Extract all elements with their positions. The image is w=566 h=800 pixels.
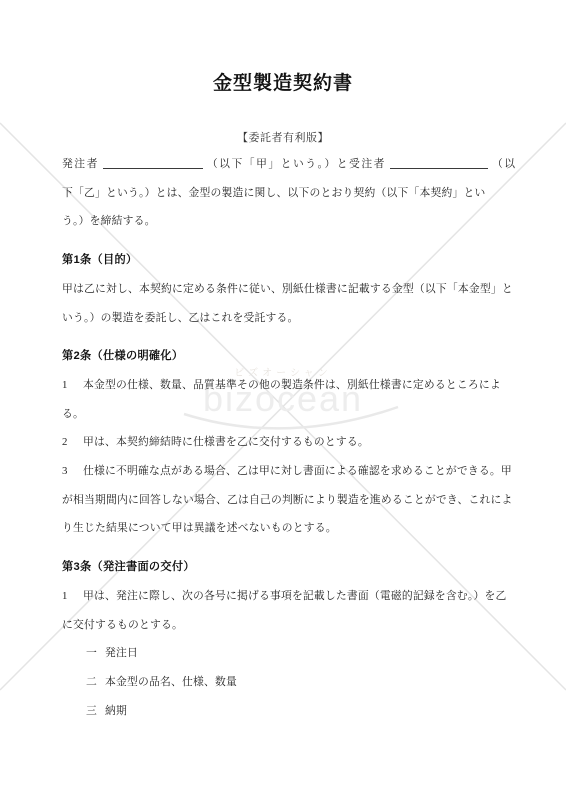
preamble-text: （以下「甲」という。）と受注者 (207, 158, 386, 170)
list-item-number: 三 (86, 697, 97, 726)
list-item-text: 本金型の品名、仕様、数量 (105, 676, 237, 688)
list-item-text: 発注日 (105, 647, 138, 659)
document-body: 金型製造契約書 【委託者有利版】 発注者（以下「甲」という。）と受注者（以下「乙… (0, 0, 566, 725)
articles: 第1条（目的）甲は乙に対し、本契約に定める条件に従い、別紙仕様書に記載する金型（… (62, 246, 504, 725)
paragraph-line: に交付するものとする。 (62, 611, 504, 640)
article-section: 第3条（発注書面の交付）1甲は、発注に際し、次の各号に掲げる事項を記載した書面（… (62, 553, 504, 725)
edition-label: 【委託者有利版】 (62, 131, 504, 145)
preamble-line: 発注者（以下「甲」という。）と受注者（以 (62, 150, 504, 179)
list-item: 二本金型の品名、仕様、数量 (62, 668, 504, 697)
preamble-text: （以 (492, 158, 517, 170)
paragraph-line: 1本金型の仕様、数量、品質基準その他の製造条件は、別紙仕様書に定めるところによ (62, 371, 504, 400)
list-item: 三納期 (62, 697, 504, 726)
article-paragraph: 1本金型の仕様、数量、品質基準その他の製造条件は、別紙仕様書に定めるところによる… (62, 371, 504, 428)
article-paragraph: 3仕様に不明確な点がある場合、乙は甲に対し書面による確認を求めることができる。甲… (62, 457, 504, 543)
paragraph-line: る。 (62, 400, 504, 429)
paragraph-line: 3仕様に不明確な点がある場合、乙は甲に対し書面による確認を求めることができる。甲 (62, 457, 504, 486)
fill-in-blank (390, 156, 488, 169)
document-title: 金型製造契約書 (62, 73, 504, 95)
paragraph-line: 1甲は、発注に際し、次の各号に掲げる事項を記載した書面（電磁的記録を含む。）を乙 (62, 582, 504, 611)
paragraph-number: 1 (62, 371, 83, 400)
contract-page: ビズオーシャン bizocean 金型製造契約書 【委託者有利版】 発注者（以下… (0, 0, 566, 800)
paragraph-line: が相当期間内に回答しない場合、乙は自己の判断により製造を進めることができ、これに… (62, 486, 504, 515)
list-item: 一発注日 (62, 639, 504, 668)
list-item-number: 一 (86, 639, 97, 668)
paragraph-number: 2 (62, 428, 83, 457)
fill-in-blank (103, 156, 203, 169)
paragraph-number: 1 (62, 582, 83, 611)
article-heading: 第1条（目的） (62, 246, 504, 275)
paragraph-number: 3 (62, 457, 83, 486)
preamble: 発注者（以下「甲」という。）と受注者（以下「乙」という。）とは、金型の製造に関し… (62, 150, 504, 236)
article-paragraph: 1甲は、発注に際し、次の各号に掲げる事項を記載した書面（電磁的記録を含む。）を乙… (62, 582, 504, 639)
paragraph-line: 甲は乙に対し、本契約に定める条件に従い、別紙仕様書に記載する金型（以下「本金型」… (62, 275, 504, 304)
preamble-line: 下「乙」という。）とは、金型の製造に関し、以下のとおり契約（以下「本契約」とい (62, 179, 504, 208)
list-item-number: 二 (86, 668, 97, 697)
paragraph-line: 2甲は、本契約締結時に仕様書を乙に交付するものとする。 (62, 428, 504, 457)
article-heading: 第2条（仕様の明確化） (62, 342, 504, 371)
preamble-line: う。）を締結する。 (62, 207, 504, 236)
paragraph-line: いう。）の製造を委託し、乙はこれを受託する。 (62, 304, 504, 333)
article-section: 第2条（仕様の明確化）1本金型の仕様、数量、品質基準その他の製造条件は、別紙仕様… (62, 342, 504, 543)
article-paragraph: 甲は乙に対し、本契約に定める条件に従い、別紙仕様書に記載する金型（以下「本金型」… (62, 275, 504, 332)
paragraph-line: り生じた結果について甲は異議を述べないものとする。 (62, 514, 504, 543)
article-paragraph: 2甲は、本契約締結時に仕様書を乙に交付するものとする。 (62, 428, 504, 457)
article-heading: 第3条（発注書面の交付） (62, 553, 504, 582)
preamble-text: 発注者 (62, 158, 99, 170)
list-item-text: 納期 (105, 705, 127, 717)
article-section: 第1条（目的）甲は乙に対し、本契約に定める条件に従い、別紙仕様書に記載する金型（… (62, 246, 504, 332)
